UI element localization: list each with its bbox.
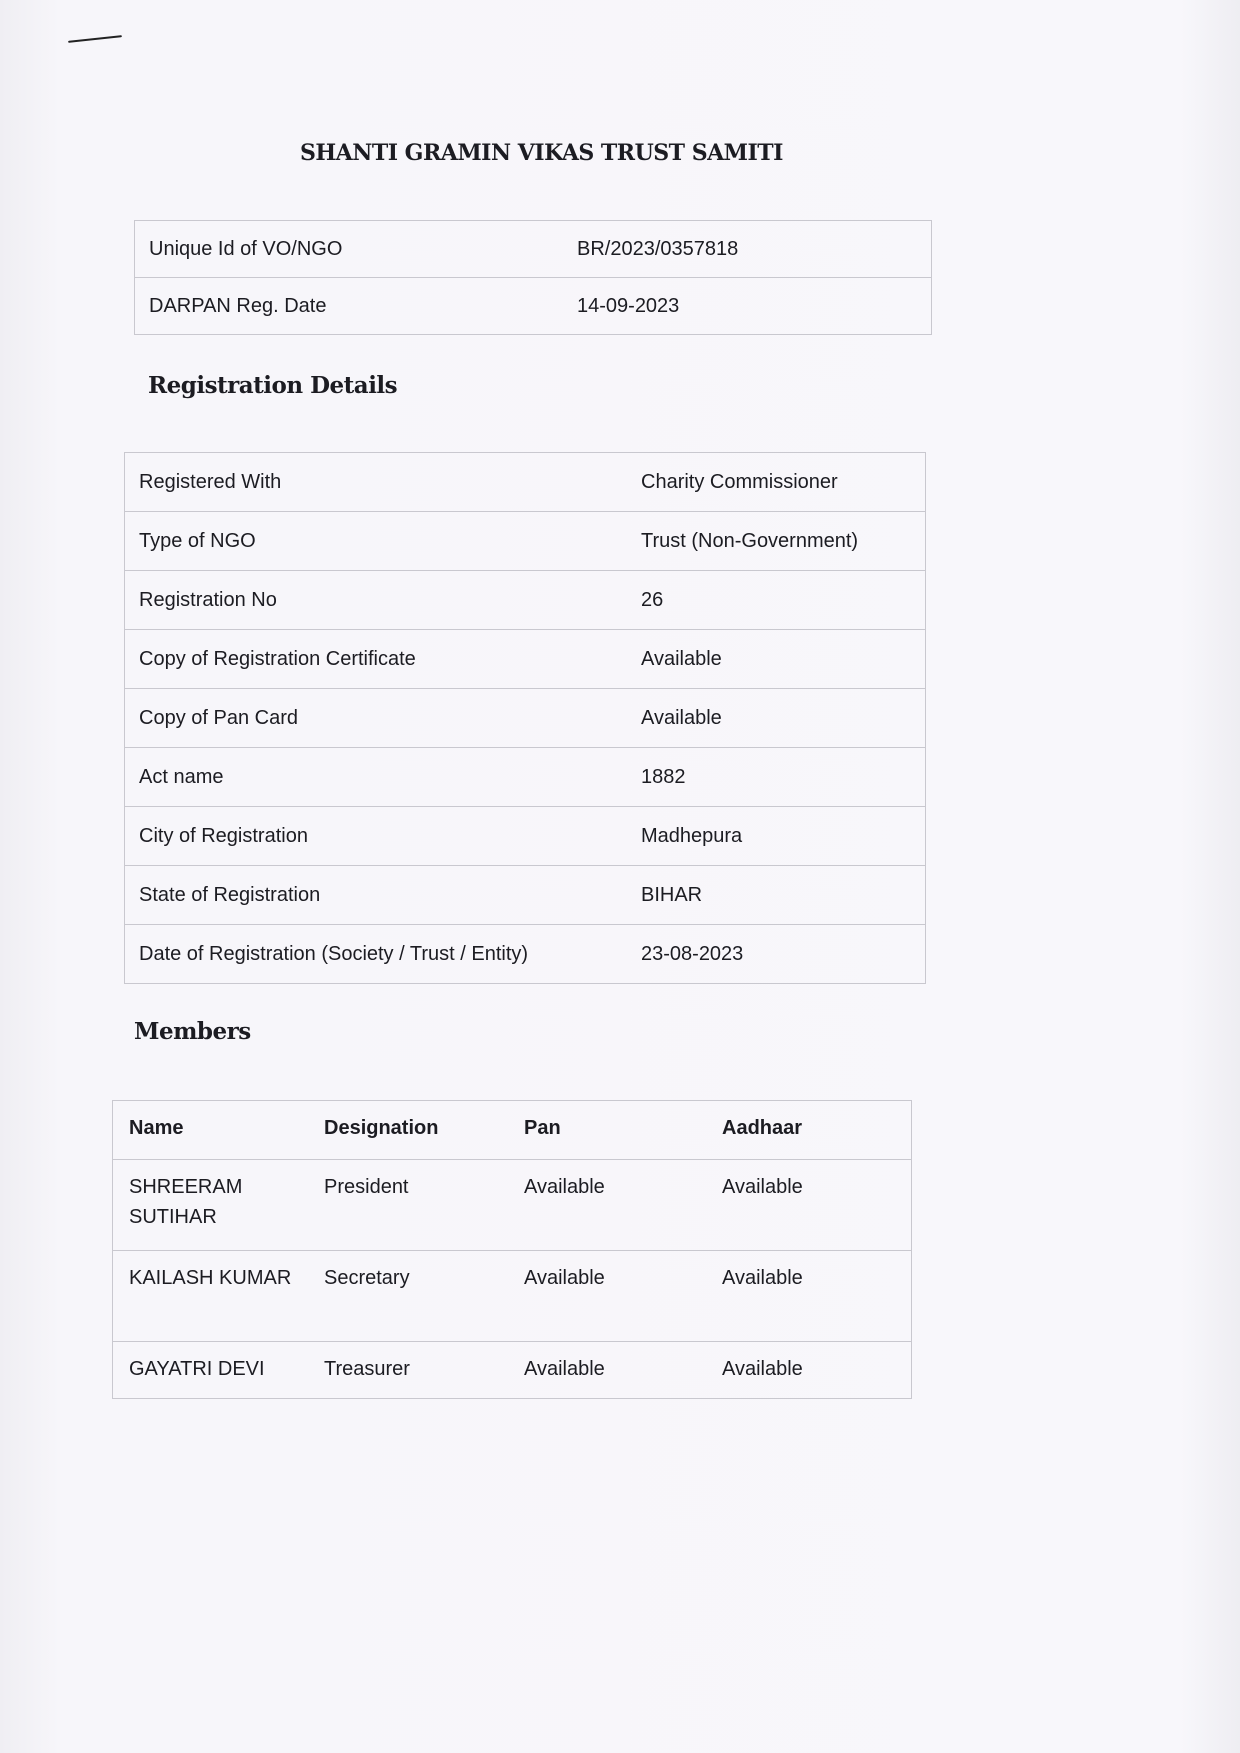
summary-value: BR/2023/0357818	[577, 238, 738, 261]
summary-row: DARPAN Reg. Date 14-09-2023	[135, 278, 931, 334]
column-header-name: Name	[113, 1101, 324, 1159]
member-aadhaar: Available	[722, 1160, 902, 1250]
registration-label: Date of Registration (Society / Trust / …	[125, 943, 641, 966]
member-pan: Available	[524, 1160, 722, 1250]
registration-value: BIHAR	[641, 884, 702, 907]
member-pan: Available	[524, 1342, 722, 1398]
members-table: Name Designation Pan Aadhaar SHREERAM SU…	[112, 1100, 912, 1399]
registration-row: Registration No26	[125, 571, 925, 630]
registration-value: Trust (Non-Government)	[641, 530, 858, 553]
summary-table: Unique Id of VO/NGO BR/2023/0357818 DARP…	[134, 220, 932, 335]
member-aadhaar: Available	[722, 1342, 902, 1398]
member-row: GAYATRI DEVITreasurerAvailableAvailable	[113, 1342, 911, 1398]
registration-row: State of RegistrationBIHAR	[125, 866, 925, 925]
document-title: SHANTI GRAMIN VIKAS TRUST SAMITI	[300, 140, 783, 166]
member-name: SHREERAM SUTIHAR	[113, 1160, 324, 1250]
registration-value: 26	[641, 589, 663, 612]
summary-value: 14-09-2023	[577, 295, 679, 318]
registration-label: Copy of Registration Certificate	[125, 648, 641, 671]
registration-value: Madhepura	[641, 825, 742, 848]
registration-label: Act name	[125, 766, 641, 789]
column-header-pan: Pan	[524, 1101, 722, 1159]
summary-label: DARPAN Reg. Date	[135, 295, 577, 318]
member-aadhaar: Available	[722, 1251, 902, 1341]
registration-row: Registered WithCharity Commissioner	[125, 453, 925, 512]
member-designation: Secretary	[324, 1251, 524, 1341]
member-name: KAILASH KUMAR	[113, 1251, 324, 1341]
registration-row: Act name1882	[125, 748, 925, 807]
column-header-aadhaar: Aadhaar	[722, 1101, 902, 1159]
registration-label: Registration No	[125, 589, 641, 612]
summary-row: Unique Id of VO/NGO BR/2023/0357818	[135, 221, 931, 278]
registration-label: State of Registration	[125, 884, 641, 907]
registration-value: Available	[641, 648, 722, 671]
member-designation: President	[324, 1160, 524, 1250]
registration-table: Registered WithCharity CommissionerType …	[124, 452, 926, 984]
registration-value: 1882	[641, 766, 686, 789]
registration-row: Copy of Registration CertificateAvailabl…	[125, 630, 925, 689]
registration-row: Copy of Pan CardAvailable	[125, 689, 925, 748]
member-row: KAILASH KUMARSecretaryAvailableAvailable	[113, 1251, 911, 1342]
members-header-row: Name Designation Pan Aadhaar	[113, 1101, 911, 1160]
registration-label: Type of NGO	[125, 530, 641, 553]
registration-label: Copy of Pan Card	[125, 707, 641, 730]
members-heading: Members	[134, 1018, 251, 1045]
column-header-designation: Designation	[324, 1101, 524, 1159]
registration-value: 23-08-2023	[641, 943, 743, 966]
member-name: GAYATRI DEVI	[113, 1342, 324, 1398]
scanned-page: SHANTI GRAMIN VIKAS TRUST SAMITI Unique …	[0, 0, 1240, 1753]
registration-heading: Registration Details	[148, 372, 397, 399]
member-designation: Treasurer	[324, 1342, 524, 1398]
registration-row: Type of NGOTrust (Non-Government)	[125, 512, 925, 571]
registration-label: City of Registration	[125, 825, 641, 848]
registration-value: Available	[641, 707, 722, 730]
registration-row: Date of Registration (Society / Trust / …	[125, 925, 925, 983]
member-pan: Available	[524, 1251, 722, 1341]
pen-mark	[68, 35, 122, 43]
registration-value: Charity Commissioner	[641, 471, 838, 494]
summary-label: Unique Id of VO/NGO	[135, 238, 577, 261]
registration-row: City of RegistrationMadhepura	[125, 807, 925, 866]
member-row: SHREERAM SUTIHARPresidentAvailableAvaila…	[113, 1160, 911, 1251]
registration-label: Registered With	[125, 471, 641, 494]
